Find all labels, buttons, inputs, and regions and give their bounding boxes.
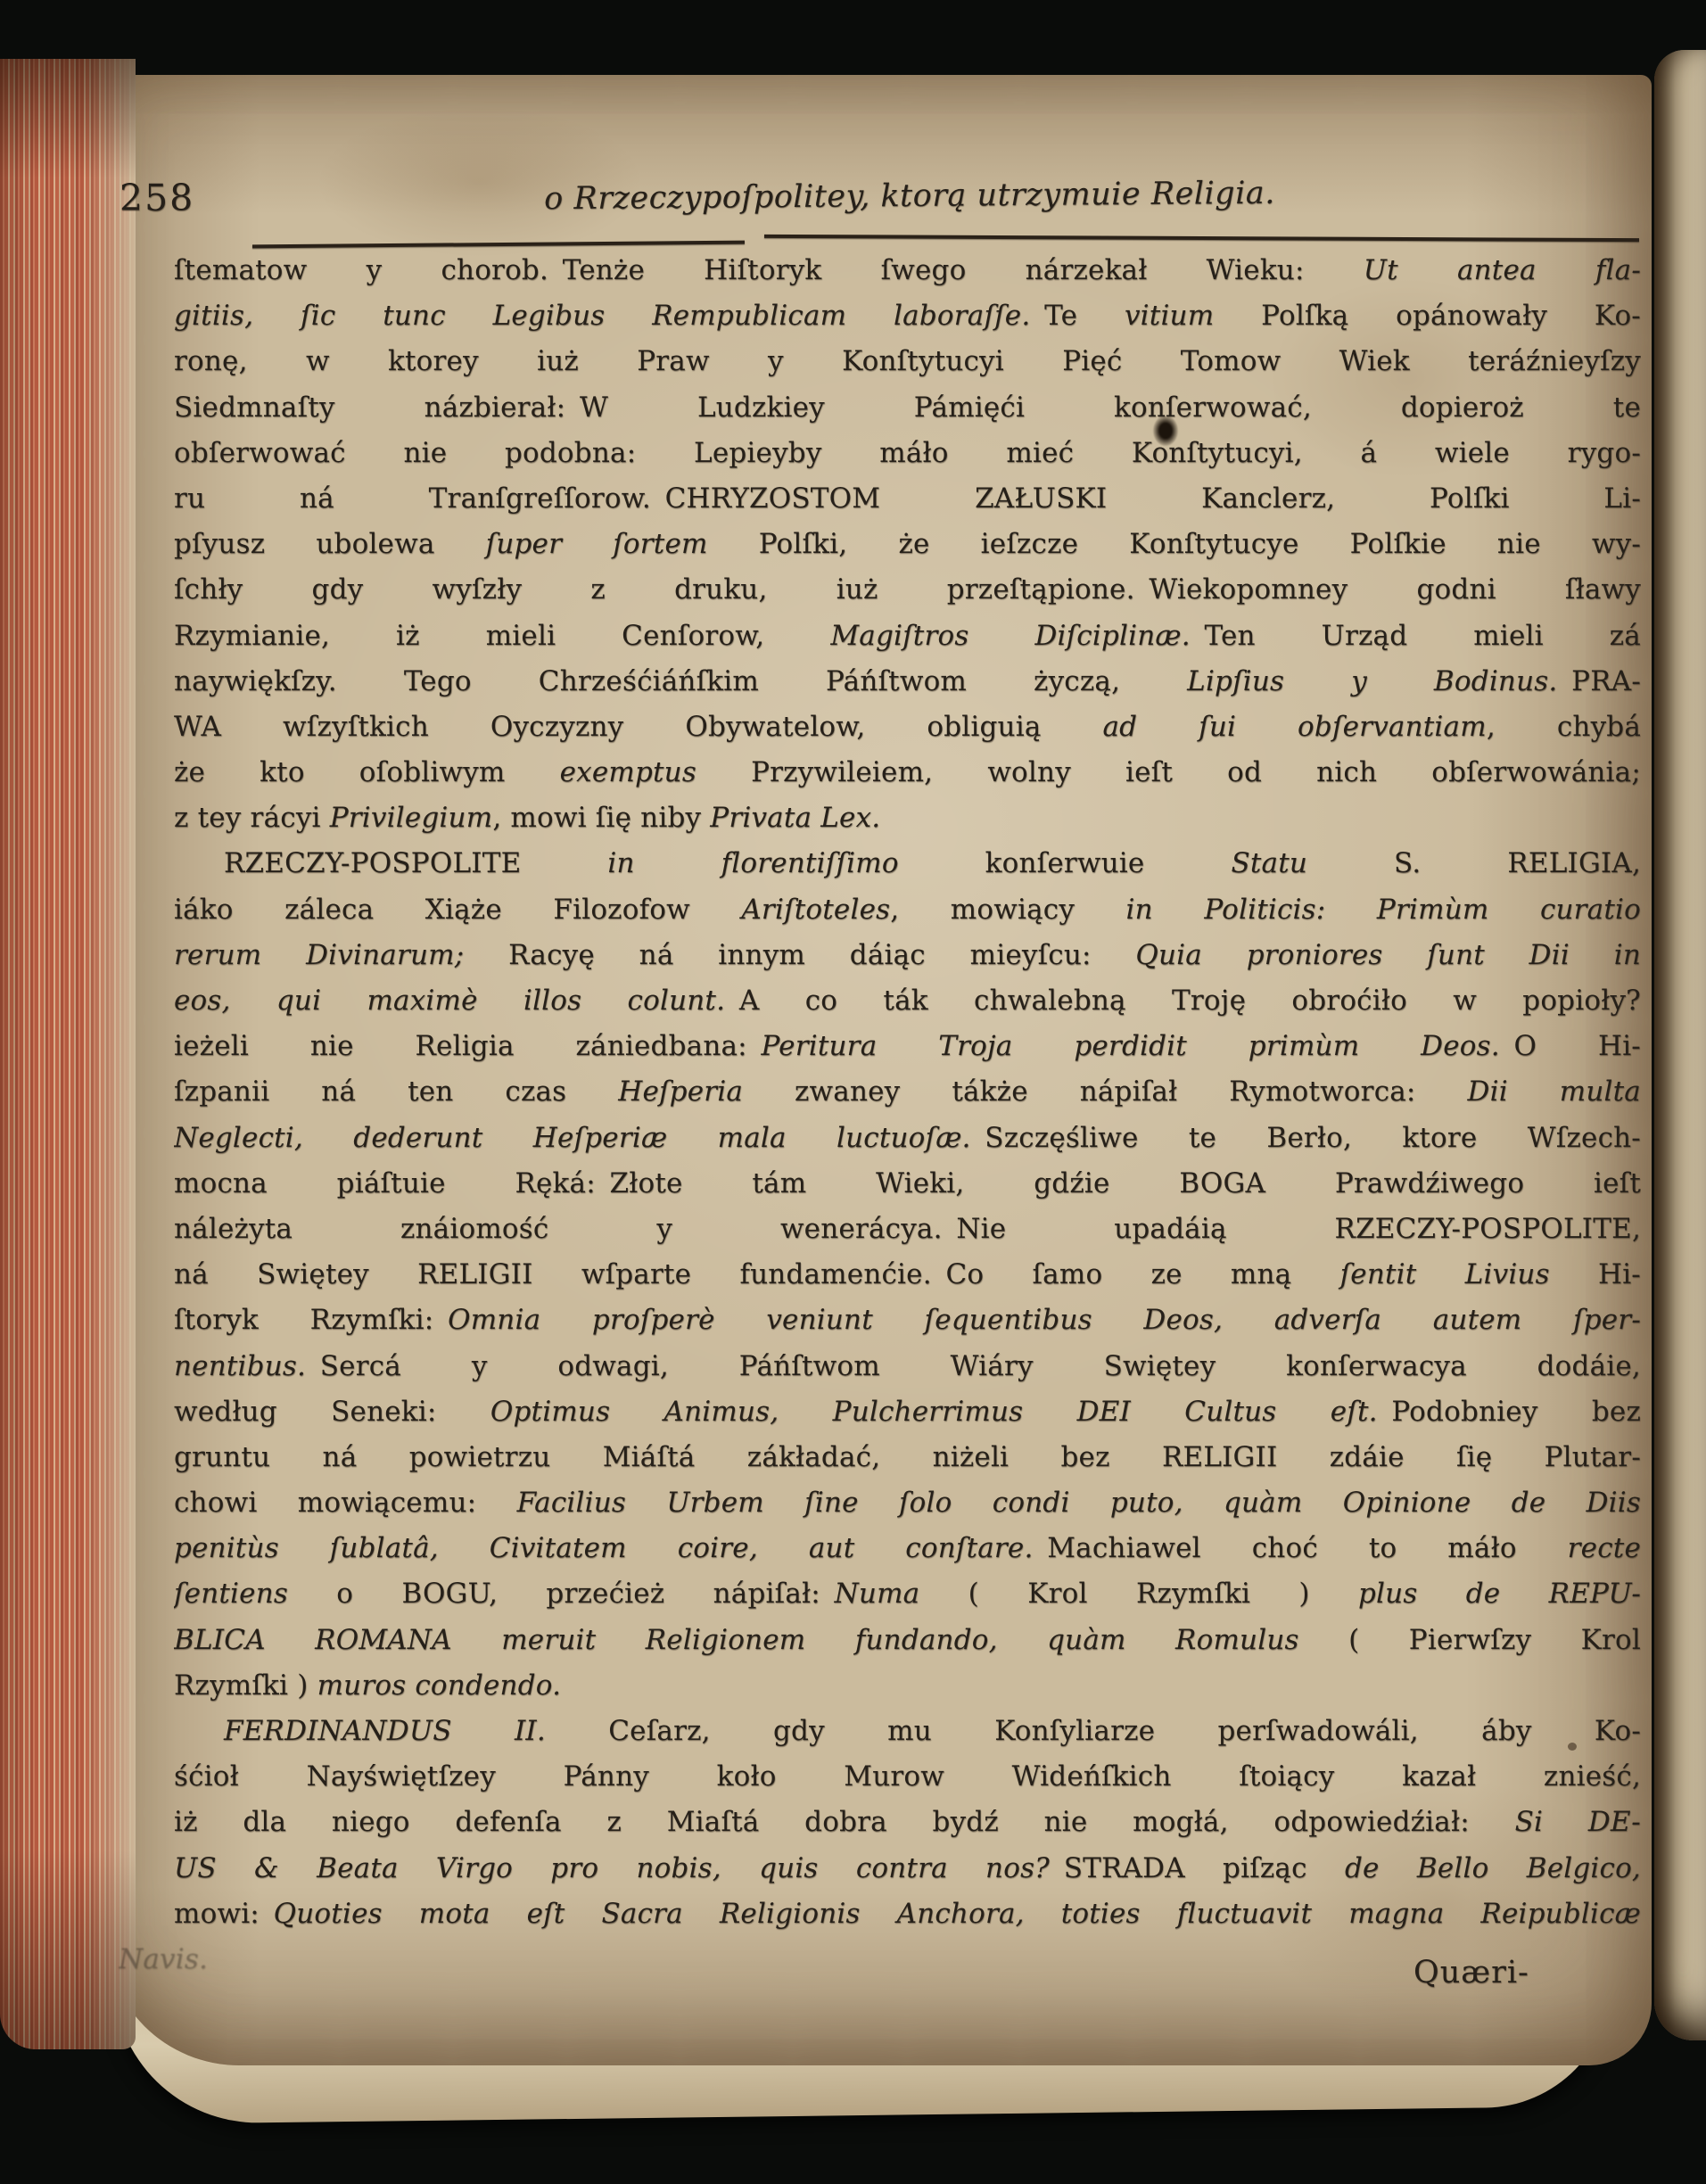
- text-line: Neglecti, dederunt Heſperiæ mala luctuoſ…: [174, 1116, 1641, 1161]
- text-line: obſerwować nie podobna: Lepieyby máło mi…: [174, 431, 1641, 476]
- text-line: śćioł Nayświętſzey Pánny koło Murow Wide…: [174, 1754, 1641, 1800]
- text-line: gruntu ná powietrzu Miáſtá zákładać, niż…: [174, 1435, 1641, 1480]
- text-line: mowi: Quoties mota eſt Sacra Religionis …: [174, 1891, 1641, 1937]
- text-line: ſzpanii ná ten czas Heſperia zwaney tákż…: [174, 1069, 1641, 1115]
- next-page-edge: [1654, 50, 1706, 2040]
- text-line: ru ná Tranſgreſſorow. CHRYZOSTOM ZAŁUSKI…: [174, 476, 1641, 522]
- text-line: Rzymſki ) muros condendo.: [174, 1663, 1641, 1709]
- text-line: iáko záleca Xiąże Filozofow Ariſtoteles,…: [174, 887, 1641, 933]
- text-line: penitùs ſublatâ, Civitatem coire, aut co…: [174, 1526, 1641, 1571]
- text-line: nentibus. Sercá y odwagi, Páńſtwom Wiáry…: [174, 1344, 1641, 1389]
- text-line: iż dla niego defenſa z Miaſtá dobra bydź…: [174, 1800, 1641, 1845]
- text-line: ſentiens o BOGU, przećież nápiſał: Numa …: [174, 1571, 1641, 1617]
- catchword: Quæri-: [1413, 1955, 1529, 1990]
- page-stack-top-edge: [32, 37, 1650, 88]
- text-line: ſchły gdy wyſzły z druku, iuż przeſtąpio…: [174, 567, 1641, 613]
- text-line: pſyusz ubolewa ſuper ſortem Polſki, że i…: [174, 522, 1641, 567]
- text-line: FERDINANDUS II. Ceſarz, gdy mu Konſyliar…: [174, 1709, 1641, 1754]
- text-line: chowi mowiącemu: Facilius Urbem ſine ſol…: [174, 1480, 1641, 1526]
- running-title: o Rrzeczypoſpolitey, ktorą utrzymuie Rel…: [482, 175, 1338, 218]
- text-line: ná Swiętey RELIGII wſparte fundamenćie. …: [174, 1252, 1641, 1298]
- ghost-word: Navis.: [119, 1937, 1641, 1982]
- text-line: ſtoryk Rzymſki: Omnia proſperè veniunt ſ…: [174, 1298, 1641, 1343]
- text-line: gitiis, ſic tunc Legibus Rempublicam lab…: [174, 293, 1641, 339]
- text-line: RZECZY-POSPOLITE in florentiſſimo konſer…: [174, 841, 1641, 886]
- text-line: według Seneki: Optimus Animus, Pulcherri…: [174, 1389, 1641, 1435]
- text-line: Rzymianie, iż mieli Cenſorow, Magiſtros …: [174, 614, 1641, 659]
- text-line: rerum Divinarum; Racyę ná innym dáiąc mi…: [174, 933, 1641, 978]
- text-line: náleżyta znáiomość y wenerácya. Nie upad…: [174, 1207, 1641, 1252]
- text-line: ieżeli nie Religia zániedbana: Peritura …: [174, 1024, 1641, 1069]
- text-block: ſtematow y chorob. Tenże Hiſtoryk ſwego …: [174, 248, 1641, 1982]
- page-number: 258: [120, 177, 194, 219]
- text-line: ſtematow y chorob. Tenże Hiſtoryk ſwego …: [174, 248, 1641, 293]
- text-line: Siedmnaſty názbierał: W Ludzkiey Pámięći…: [174, 385, 1641, 431]
- text-line: naywiękſzy. Tego Chrześćiáńſkim Páńſtwom…: [174, 659, 1641, 705]
- text-line: że kto oſobliwym exemptus Przywileiem, w…: [174, 750, 1641, 795]
- fore-edge: [0, 59, 136, 2049]
- text-line: BLICA ROMANA meruit Religionem fundando,…: [174, 1618, 1641, 1663]
- text-line: z tey rácyi Privilegium, mowi ſię niby P…: [174, 795, 1641, 841]
- text-line: US & Beata Virgo pro nobis, quis contra …: [174, 1846, 1641, 1891]
- text-line: mocna piáſtuie Ręká: Złote tám Wieki, gd…: [174, 1161, 1641, 1207]
- text-line: ronę, w ktorey iuż Praw y Konſtytucyi Pi…: [174, 339, 1641, 384]
- text-line: eos, qui maximè illos colunt. A co ták c…: [174, 978, 1641, 1024]
- text-line: WA wſzyſtkich Oyczyzny Obywatelow, oblig…: [174, 705, 1641, 750]
